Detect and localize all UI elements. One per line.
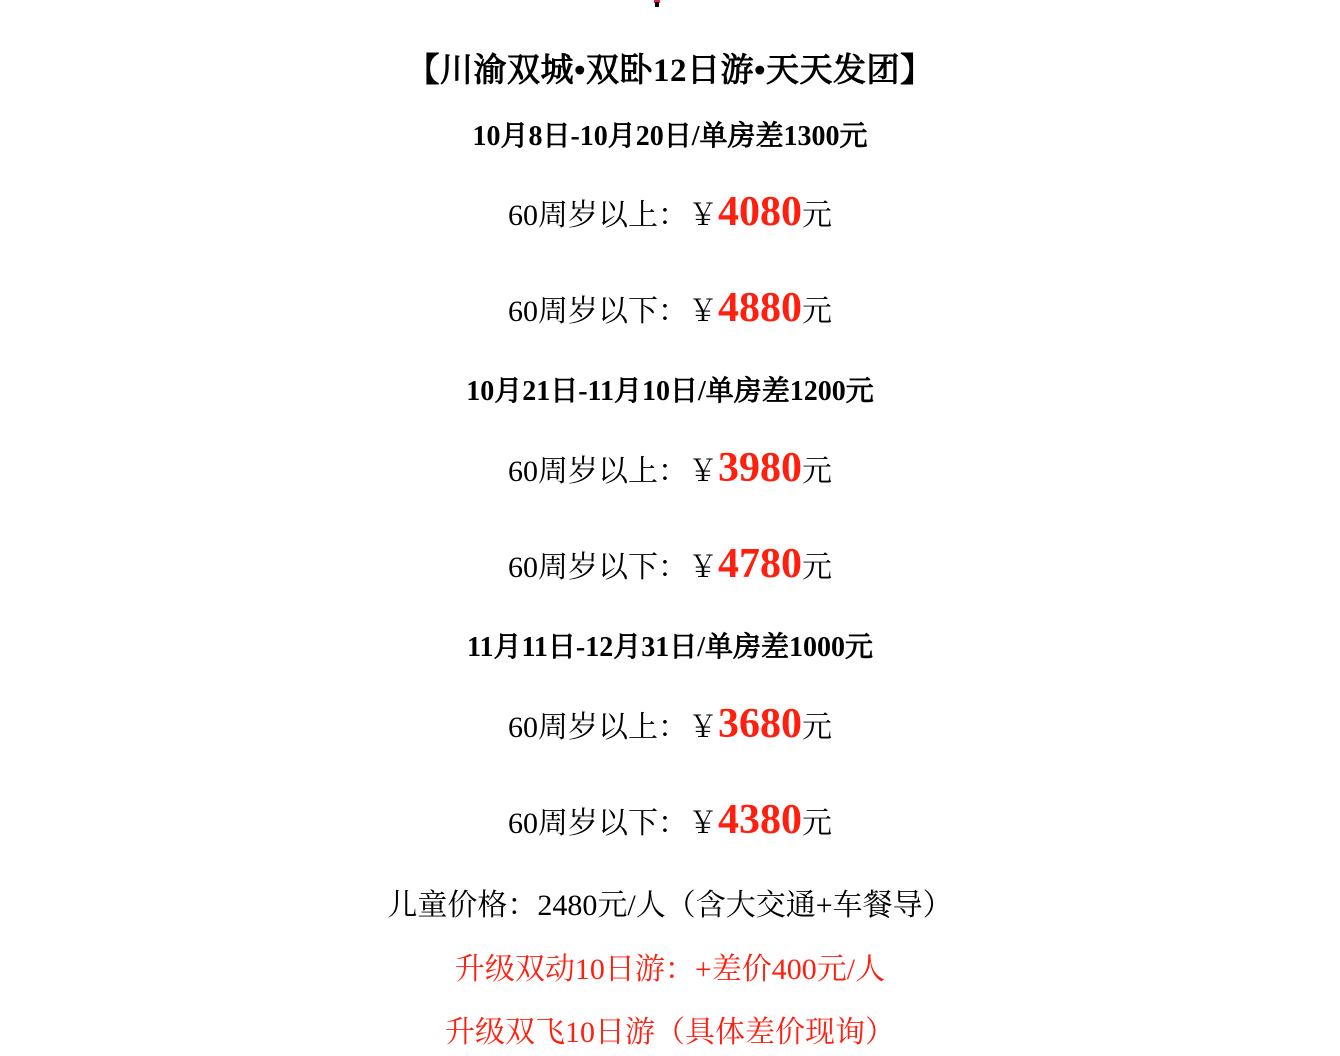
price-unit: 元 — [802, 711, 832, 744]
child-price: 儿童价格：2480元/人（含大交通+车餐导） — [0, 880, 1340, 924]
price-unit: 元 — [802, 551, 832, 584]
upgrade-note-flight: 升级双飞10日游（具体差价现询） — [0, 1007, 1340, 1051]
price-amount: 3980 — [718, 445, 802, 491]
price-unit: 元 — [802, 807, 832, 840]
price-row: 60周岁以下：￥4880元 — [0, 284, 1340, 332]
price-amount: 3680 — [718, 701, 802, 747]
price-label: 60周岁以上：￥ — [508, 199, 718, 232]
price-amount: 4080 — [718, 189, 802, 235]
price-row: 60周岁以下：￥4780元 — [0, 540, 1340, 588]
price-label: 60周岁以上：￥ — [508, 711, 718, 744]
period-heading: 10月21日-11月10日/单房差1200元 — [0, 369, 1340, 409]
price-amount: 4880 — [718, 285, 802, 331]
decorative-pin-icon — [652, 0, 662, 6]
price-label: 60周岁以下：￥ — [508, 807, 718, 840]
page-title: 【川渝双城•双卧12日游•天天发团】 — [0, 44, 1340, 91]
period-heading: 11月11日-12月31日/单房差1000元 — [0, 625, 1340, 665]
price-unit: 元 — [802, 199, 832, 232]
price-label: 60周岁以下：￥ — [508, 295, 718, 328]
price-row: 60周岁以上：￥3980元 — [0, 444, 1340, 492]
price-row: 60周岁以下：￥4380元 — [0, 796, 1340, 844]
price-row: 60周岁以上：￥3680元 — [0, 700, 1340, 748]
price-unit: 元 — [802, 295, 832, 328]
price-amount: 4380 — [718, 797, 802, 843]
period-heading: 10月8日-10月20日/单房差1300元 — [0, 114, 1340, 154]
upgrade-note-train: 升级双动10日游：+差价400元/人 — [0, 944, 1340, 988]
price-unit: 元 — [802, 455, 832, 488]
price-row: 60周岁以上：￥4080元 — [0, 188, 1340, 236]
price-amount: 4780 — [718, 541, 802, 587]
price-label: 60周岁以下：￥ — [508, 551, 718, 584]
price-label: 60周岁以上：￥ — [508, 455, 718, 488]
